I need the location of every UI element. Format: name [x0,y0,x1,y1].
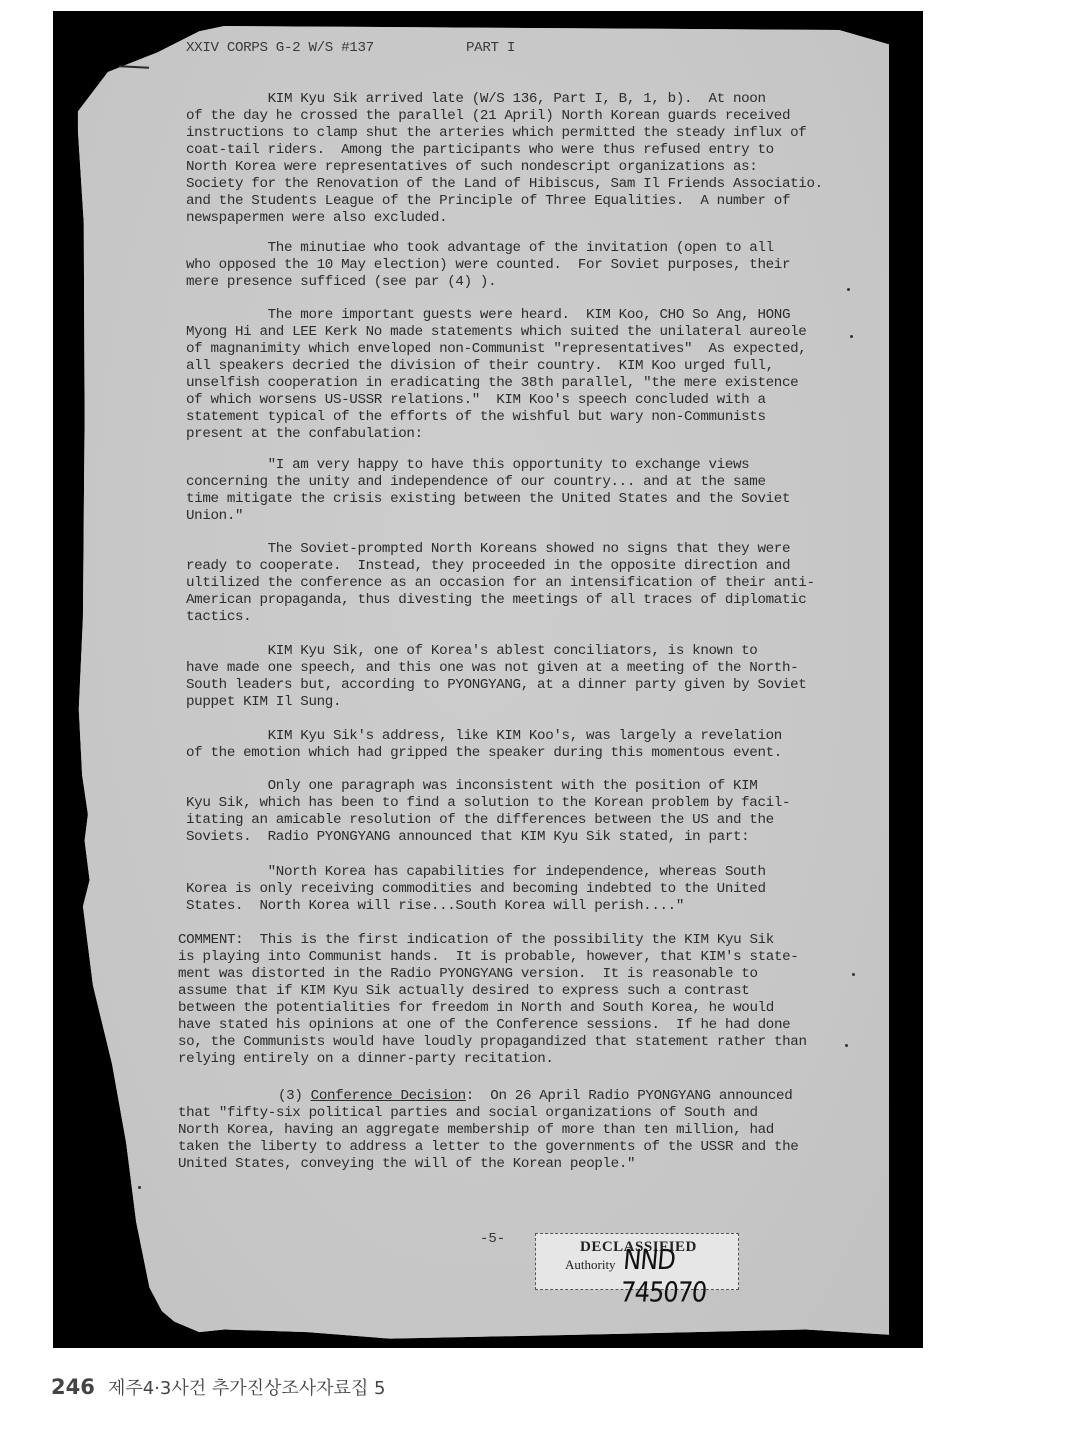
text-line: The Soviet-prompted North Koreans showed… [186,541,790,558]
text-line: ment was distorted in the Radio PYONGYAN… [178,966,758,983]
text-line: Korea is only receiving commodities and … [186,881,766,898]
text-line: coat-tail riders. Among the participants… [186,142,774,159]
text-line: American propaganda, thus divesting the … [186,592,806,609]
text-line: all speakers decried the division of the… [186,358,774,375]
text-line: puppet KIM Il Sung. [186,694,341,711]
comment-paragraph: COMMENT: This is the first indication of… [178,932,838,1102]
text-line: concerning the unity and independence of… [186,474,766,491]
decision-heading: Conference Decision [311,1088,466,1104]
stamp-authority-label: Authority [565,1257,616,1273]
text-line: United States, conveying the will of the… [178,1156,635,1173]
text-line: "I am very happy to have this opportunit… [186,457,749,474]
text-line: Myong Hi and LEE Kerk No made statements… [186,324,806,341]
text-line: ultilized the conference as an occasion … [186,575,815,592]
scan-speck [138,1186,141,1189]
text-line: The more important guests were heard. KI… [186,307,790,324]
document-page-number: -5- [480,1231,505,1247]
text-line: assume that if KIM Kyu Sik actually desi… [178,983,749,1000]
text-line: Union." [186,508,243,525]
text-line: KIM Kyu Sik's address, like KIM Koo's, w… [186,728,782,745]
text-line: Only one paragraph was inconsistent with… [186,778,757,795]
scan-speck [850,335,853,338]
decision-number: (3) [278,1088,303,1104]
text-line: have stated his opinions at one of the C… [178,1017,790,1034]
text-line: The minutiae who took advantage of the i… [186,240,774,257]
paragraph-arrival: KIM Kyu Sik arrived late (W/S 136, Part … [186,91,846,261]
scan-speck [847,288,850,291]
text-line: so, the Communists would have loudly pro… [178,1034,807,1051]
footer-book-title: 제주4·3사건 추가진상조사자료집 5 [108,1378,386,1399]
text-line: North Korea, having an aggregate members… [178,1122,774,1139]
text-line: "North Korea has capabilities for indepe… [186,864,766,881]
text-line: Soviets. Radio PYONGYANG announced that … [186,829,749,846]
text-line: time mitigate the crisis existing betwee… [186,491,790,508]
text-line: of the emotion which had gripped the spe… [186,745,782,762]
text-line: COMMENT: This is the first indication of… [178,932,774,949]
text-line: mere presence sufficed (see par (4) ). [186,274,496,291]
text-line: Society for the Renovation of the Land o… [186,176,823,193]
stamp-authority-value: NND 745070 [619,1244,741,1308]
text-line: tactics. [186,609,251,626]
part-label: PART I [466,40,515,57]
text-line: newspapermen were also excluded. [186,210,447,227]
text-line: of which worsens US-USSR relations." KIM… [186,392,766,409]
text-line: of magnanimity which enveloped non-Commu… [186,341,806,358]
scan-speck [852,973,855,976]
text-line: KIM Kyu Sik arrived late (W/S 136, Part … [186,91,766,108]
decision-first-line: (3) Conference Decision: On 26 April Rad… [278,1088,792,1105]
text-line: KIM Kyu Sik, one of Korea's ablest conci… [186,643,757,660]
text-line: have made one speech, and this one was n… [186,660,798,677]
text-line: is playing into Communist hands. It is p… [178,949,798,966]
text-line: and the Students League of the Principle… [186,193,790,210]
paragraph-guests: The more important guests were heard. KI… [186,307,846,477]
text-line: instructions to clamp shut the arteries … [186,125,806,142]
text-line: taken the liberty to address a letter to… [178,1139,798,1156]
text-line: ready to cooperate. Instead, they procee… [186,558,790,575]
book-footer: 246 제주4·3사건 추가진상조사자료집 5 [51,1374,386,1400]
text-line: present at the confabulation: [186,426,423,443]
scan-speck [845,1044,848,1047]
text-line: statement typical of the efforts of the … [186,409,766,426]
text-line: States. North Korea will rise...South Ko… [186,898,684,915]
text-line: itating an amicable resolution of the di… [186,812,774,829]
text-line: between the potentialities for freedom i… [178,1000,774,1017]
footer-page-number: 246 [51,1375,95,1399]
declassified-stamp: DECLASSIFIED Authority NND 745070 [535,1233,739,1290]
text-line: of the day he crossed the parallel (21 A… [186,108,790,125]
conference-decision: (3) Conference Decision: On 26 April Rad… [178,1088,838,1207]
text-line: unselfish cooperation in eradicating the… [186,375,798,392]
text-line: North Korea were representatives of such… [186,159,757,176]
text-line: Kyu Sik, which has been to find a soluti… [186,795,790,812]
text-line: who opposed the 10 May election) were co… [186,257,790,274]
text-line: relying entirely on a dinner-party recit… [178,1051,554,1068]
decision-first-line-rest: : On 26 April Radio PYONGYANG announced [466,1088,793,1104]
text-line: South leaders but, according to PYONGYAN… [186,677,806,694]
document-reference: XXIV CORPS G-2 W/S #137 [186,40,374,57]
text-line: that "fifty-six political parties and so… [178,1105,758,1122]
